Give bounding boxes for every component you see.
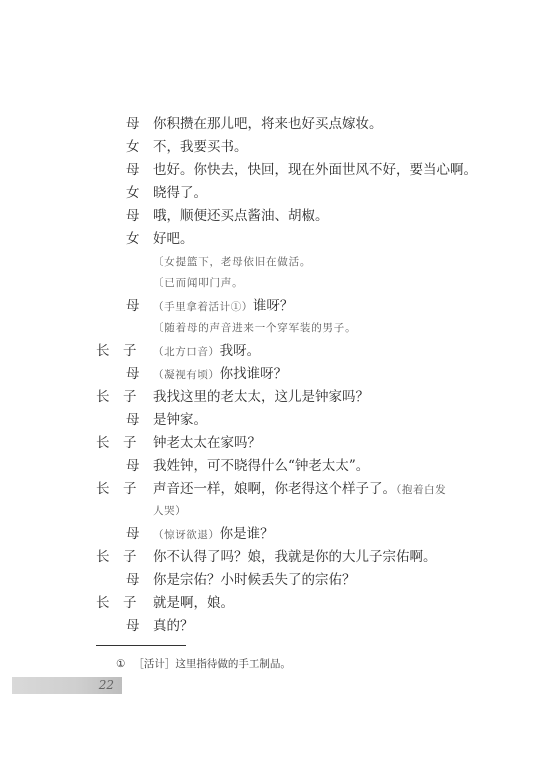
speaker-label: 母 [126,205,140,227]
speaker-label: 女 [126,182,140,204]
dialogue-text: （惊讶欲退）你是谁？ [153,523,274,546]
dialogue-text: 真的？ [153,615,194,637]
footnote: ①［活计］这里指待做的手工制品。 [116,656,291,672]
stage-direction-text: 〔随着母的声音进来一个穿军装的男子。 [153,317,356,339]
speaker-label: 长 子 [96,592,137,614]
speaker-label: 女 [126,136,140,158]
speaker-label: 母 [126,455,140,477]
speaker-label: 长 子 [96,546,137,568]
dialogue-text: 你是宗佑？小时候丢失了的宗佑？ [153,569,356,591]
footnote-mark: ① [116,658,125,670]
dialogue-text: （北方口音）我呀。 [153,340,260,363]
speaker-label: 母 [126,363,140,385]
dialogue-text: 是钟家。 [153,409,207,431]
dialogue-text: 钟老太太在家吗？ [153,432,261,454]
dialogue-text: 好吧。 [153,228,194,250]
inline-direction: （惊讶欲退） [153,529,220,541]
dialogue-text: 不，我要买书。 [153,136,248,158]
speaker-label: 长 子 [96,478,137,500]
stage-direction-text: 〔女提篮下，老母依旧在做活。 [153,251,311,273]
speaker-label: 母 [126,523,140,545]
inline-direction: （凝视有顷） [153,369,220,381]
dialogue-text: （手里拿着活计①）谁呀？ [153,295,293,318]
dialogue-text: 你积攒在那儿吧，将来也好买点嫁妆。 [153,113,383,135]
stage-direction-text: 〔已而闻叩门声。 [153,272,243,294]
spoken-text: 你是谁？ [220,526,274,542]
continuation-text: 人哭） [153,500,186,522]
speaker-label: 母 [126,409,140,431]
speaker-label: 女 [126,228,140,250]
dialogue-text: 我找这里的老太太，这儿是钟家吗？ [153,386,369,408]
speaker-label: 长 子 [96,340,137,362]
speaker-label: 长 子 [96,386,137,408]
spoken-text: 我呀。 [220,343,261,359]
dialogue-text: 我姓钟，可不晓得什么“钟老太太”。 [153,455,369,477]
speaker-label: 母 [126,615,140,637]
speaker-label: 母 [126,159,140,181]
speaker-label: 长 子 [96,432,137,454]
dialogue-text: 晓得了。 [153,182,207,204]
dialogue-text: 声音还一样，娘啊，你老得这个样子了。（抱着白发 [153,478,446,501]
speaker-label: 母 [126,295,140,317]
footnote-text: ［活计］这里指待做的手工制品。 [133,658,291,670]
dialogue-text: 哦，顺便还买点酱油、胡椒。 [153,205,329,227]
spoken-text: 谁呀？ [253,298,294,314]
inline-direction: （北方口音） [153,346,220,358]
inline-direction: （抱着白发 [396,484,446,496]
page-number: 22 [99,677,114,694]
dialogue-text: 你不认得了吗？娘，我就是你的大儿子宗佑啊。 [153,546,437,568]
spoken-text: 声音还一样，娘啊，你老得这个样子了。 [153,481,396,497]
footnote-divider [96,645,186,646]
speaker-label: 母 [126,569,140,591]
dialogue-text: 就是啊，娘。 [153,592,234,614]
dialogue-text: 也好。你快去，快回，现在外面世风不好，要当心啊。 [153,159,477,181]
inline-direction: （手里拿着活计①） [153,301,253,313]
spoken-text: 你找谁呀？ [220,366,288,382]
page-number-bar: 22 [12,677,122,694]
speaker-label: 母 [126,113,140,135]
dialogue-text: （凝视有顷）你找谁呀？ [153,363,287,386]
